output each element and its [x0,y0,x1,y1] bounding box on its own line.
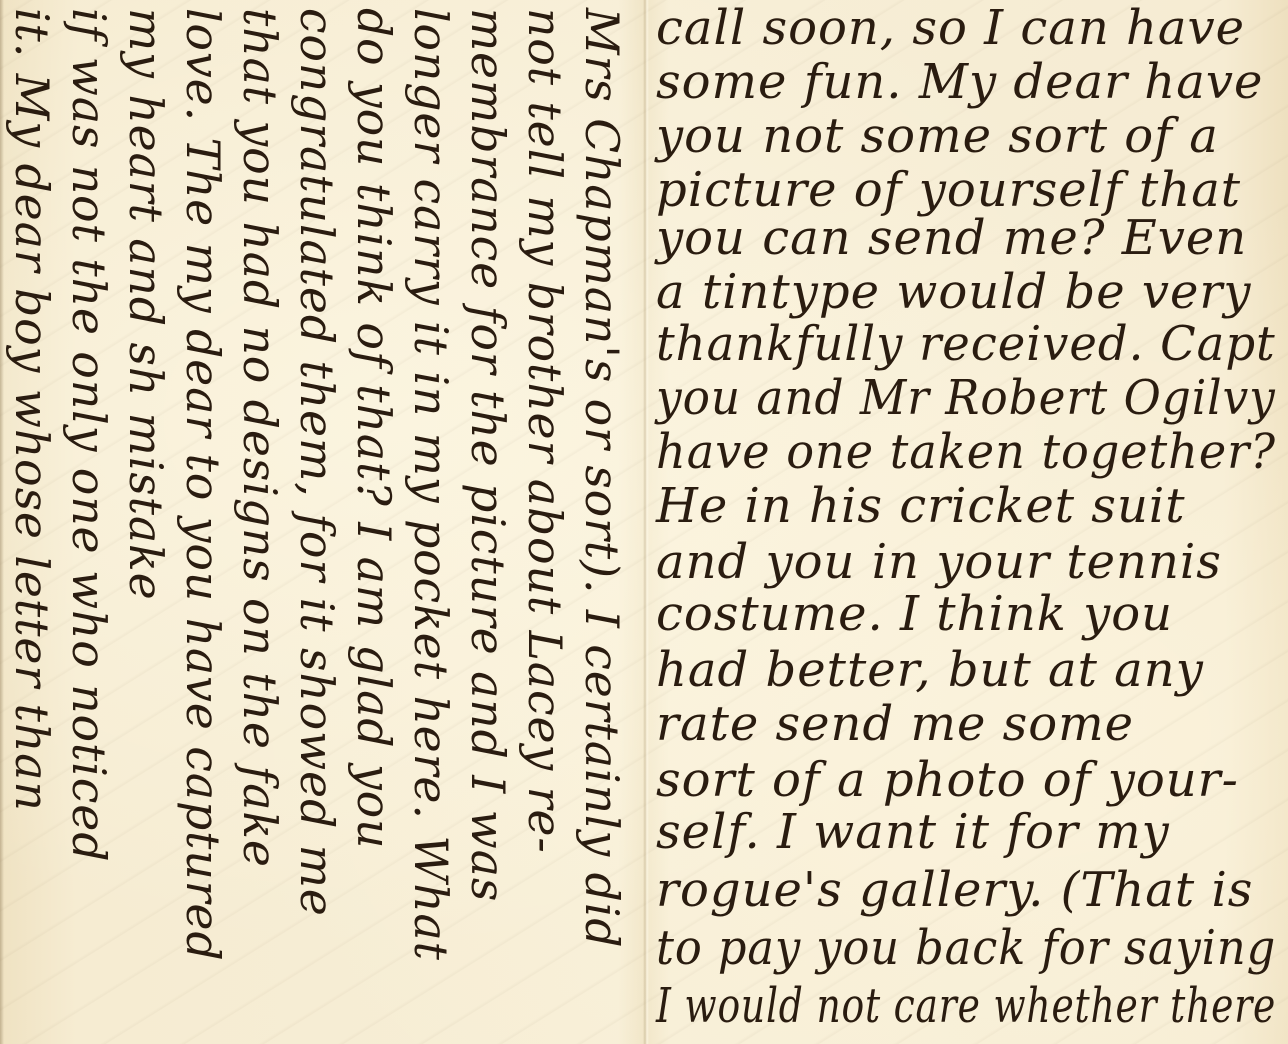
left-page-column-5: do you think of that? I am glad you [344,8,404,1028]
left-page-column-3: membrance for the picture and I was [458,8,518,1028]
page-fold-crease [643,0,649,1044]
right-page-line-16: self. I want it for my [656,808,1170,856]
right-page-line-8: you and Mr Robert Ogilvy [656,374,1276,422]
left-page-column-1: Mrs Chapman's or sort). I certainly did [572,8,632,1028]
left-page-column-9: my heart and sh mistake [116,8,176,1028]
left-page-column-2: not tell my brother about Lacey re- [515,8,575,1028]
right-page-line-10: He in his cricket suit [656,482,1186,530]
left-page-column-11: it. My dear boy whose letter than [2,8,62,1028]
right-page-line-13: had better, but at any [656,646,1204,694]
right-page-line-4: picture of yourself that [656,166,1241,214]
right-page: call soon, so I can have some fun. My de… [650,0,1288,1044]
right-page-line-11: and you in your tennis [656,538,1222,586]
left-page: Mrs Chapman's or sort). I certainly did … [0,0,643,1044]
right-page-line-15: sort of a photo of your- [656,756,1239,804]
right-page-line-9: have one taken together? [656,428,1276,476]
right-page-line-2: some fun. My dear have [656,58,1263,106]
right-page-line-1: call soon, so I can have [656,4,1245,52]
left-page-column-6: congratulated them, for it showed me [287,8,347,1028]
left-page-column-8: love. The my dear to you have captured [173,8,233,1028]
left-page-column-7: that you had no designs on the fake [230,8,290,1028]
right-page-line-7: thankfully received. Capt [656,320,1276,368]
right-page-line-3: you not some sort of a [656,112,1219,160]
left-page-column-4: longer carry it in my pocket here. What [401,8,461,1028]
right-page-line-12: costume. I think you [656,590,1173,638]
right-page-line-17: rogue's gallery. (That is [656,866,1253,914]
right-page-line-14: rate send me some [656,700,1134,748]
left-page-column-10: if was not the only one who noticed [59,8,119,1028]
right-page-line-6: a tintype would be very [656,268,1251,316]
right-page-line-19: I would not care whether there [656,982,1276,1030]
right-page-line-18: to pay you back for saying [656,924,1276,972]
right-page-line-5: you can send me? Even [656,214,1247,262]
